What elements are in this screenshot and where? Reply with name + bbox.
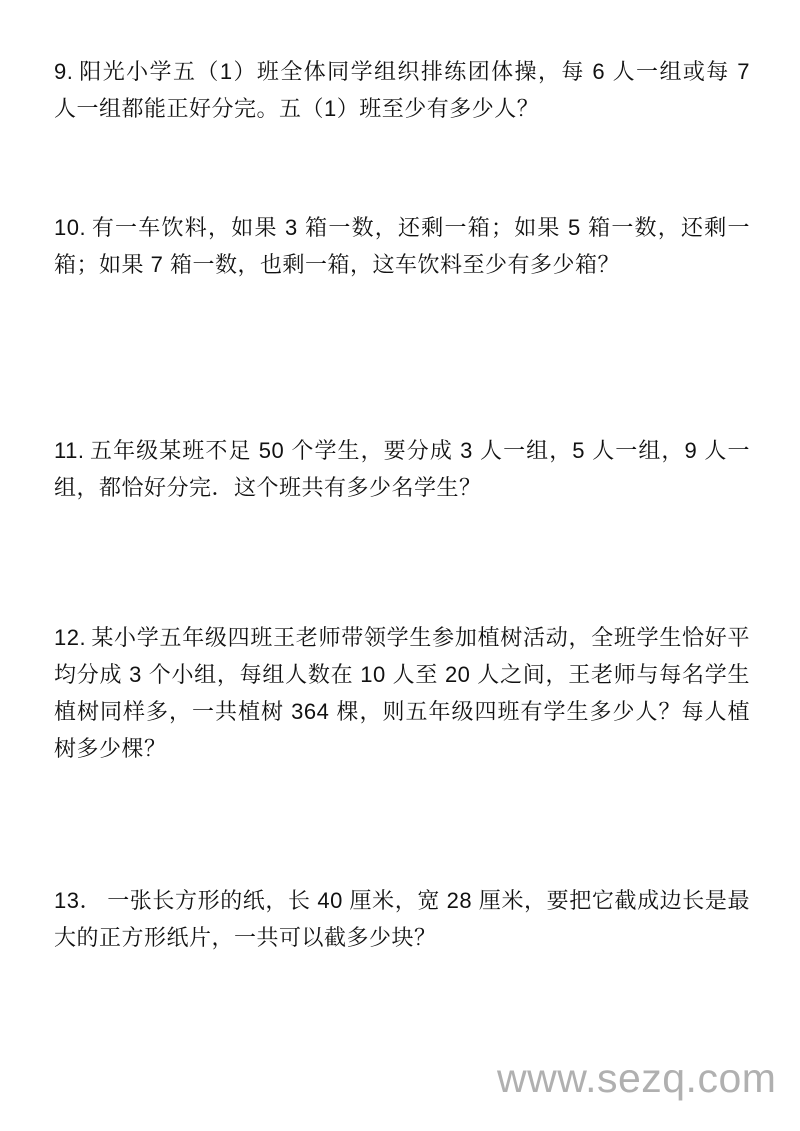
worksheet-page: 9.阳光小学五（1）班全体同学组织排练团体操，每 6 人一组或每 7 人一组都能… — [0, 0, 800, 1131]
problem-item-12: 12.某小学五年级四班王老师带领学生参加植树活动，全班学生恰好平均分成 3 个小… — [54, 619, 750, 767]
problem-text-12: 某小学五年级四班王老师带领学生参加植树活动，全班学生恰好平均分成 3 个小组，每… — [54, 625, 750, 761]
problem-number-13: 13． — [54, 888, 102, 913]
problem-number-10: 10. — [54, 215, 86, 240]
problem-item-13: 13．一张长方形的纸，长 40 厘米，宽 28 厘米，要把它截成边长是最大的正方… — [54, 882, 750, 956]
problem-number-12: 12. — [54, 625, 86, 650]
problem-text-9: 阳光小学五（1）班全体同学组织排练团体操，每 6 人一组或每 7 人一组都能正好… — [54, 59, 750, 121]
problem-item-11: 11.五年级某班不足 50 个学生，要分成 3 人一组，5 人一组，9 人一组，… — [54, 432, 750, 506]
watermark: www.sezq.com — [497, 1058, 776, 1099]
problem-item-9: 9.阳光小学五（1）班全体同学组织排练团体操，每 6 人一组或每 7 人一组都能… — [54, 53, 750, 127]
problem-number-11: 11. — [54, 438, 84, 463]
problem-text-10: 有一车饮料，如果 3 箱一数，还剩一箱；如果 5 箱一数，还剩一箱；如果 7 箱… — [54, 215, 750, 277]
problem-text-11: 五年级某班不足 50 个学生，要分成 3 人一组，5 人一组，9 人一组，都恰好… — [54, 438, 750, 500]
problem-number-9: 9. — [54, 59, 73, 84]
problem-item-10: 10.有一车饮料，如果 3 箱一数，还剩一箱；如果 5 箱一数，还剩一箱；如果 … — [54, 209, 750, 283]
problem-text-13: 一张长方形的纸，长 40 厘米，宽 28 厘米，要把它截成边长是最大的正方形纸片… — [54, 888, 750, 950]
